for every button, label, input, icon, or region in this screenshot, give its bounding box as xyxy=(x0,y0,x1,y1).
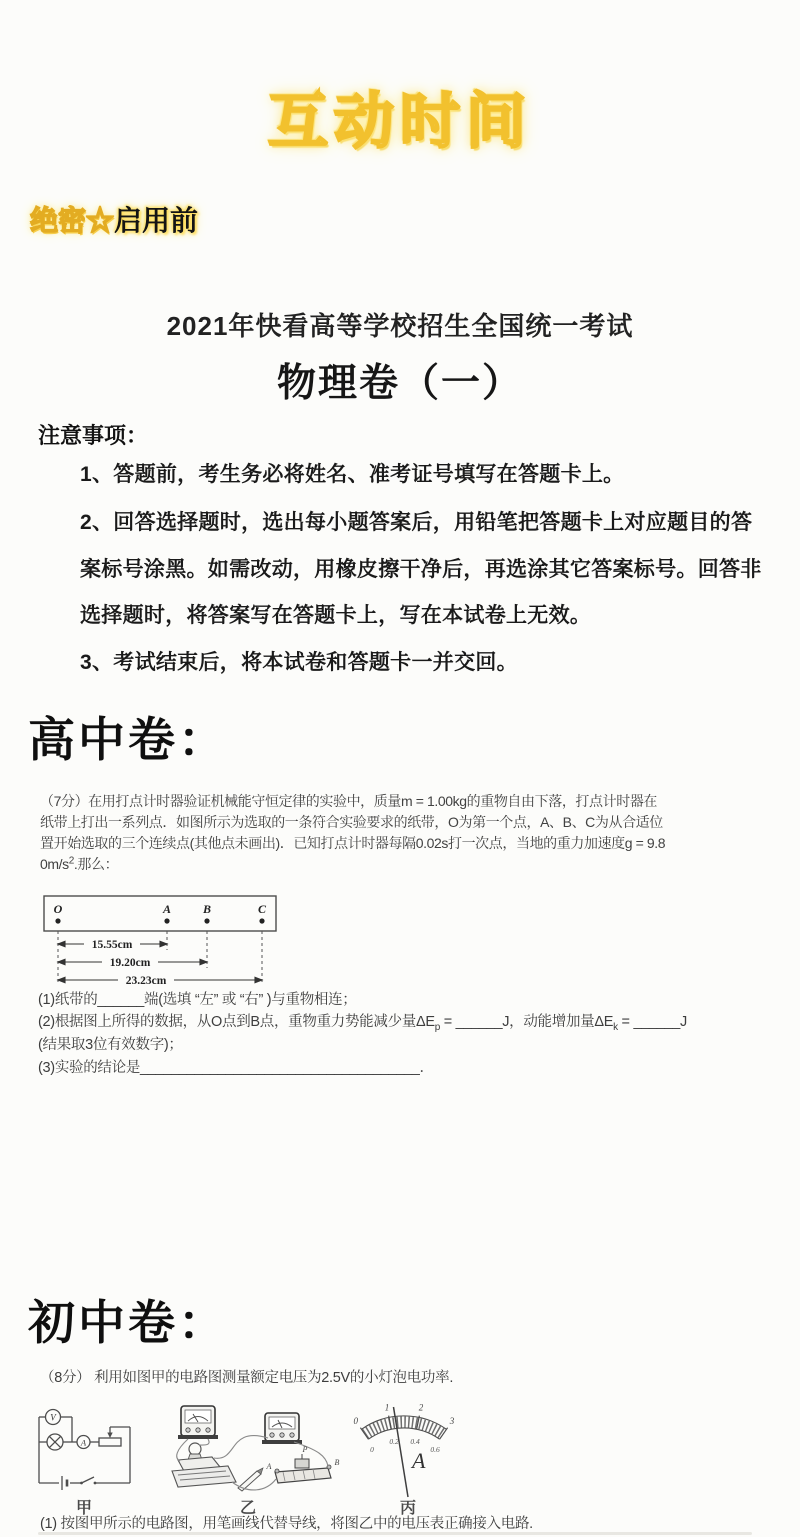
tape-point-labels: O A B C xyxy=(54,902,267,916)
lamp-symbol xyxy=(39,1434,63,1450)
dial-outer-3: 3 xyxy=(449,1416,455,1426)
equipment-battery-holder xyxy=(172,1466,236,1487)
tape-point-B: B xyxy=(202,902,211,916)
junior-question-1: (1) 按图甲所示的电路图，用笔画线代替导线，将图乙中的电压表正确接入电路. xyxy=(40,1512,760,1533)
q2-part2: = ______J，动能增加量ΔE xyxy=(440,1014,613,1030)
dial-outer-1: 1 xyxy=(385,1403,390,1413)
dial-unit-label: A xyxy=(410,1448,426,1473)
tape-outline xyxy=(44,896,276,931)
rheostat-terminal-b-label: B xyxy=(335,1458,340,1467)
rheostat-slider-label: P xyxy=(302,1445,308,1454)
before-use-label: 启用前 xyxy=(114,205,198,236)
secret-label: 绝密☆ xyxy=(30,205,114,236)
ticker-tape-figure: O A B C 15.55cm 19.20cm 23.23cm xyxy=(42,892,322,992)
junior-problem: （8分） 利用如图甲的电路图测量额定电压为2.5V的小灯泡电功率. xyxy=(40,1366,760,1387)
ammeter-dial-figure: 0 1 2 3 0 0.2 0.4 0.6 A xyxy=(342,1398,474,1498)
dial-inner-scale: 0 0.2 0.4 0.6 xyxy=(370,1437,440,1454)
dial-tick-band xyxy=(360,1416,447,1440)
problem-line4-rest: .那么： xyxy=(74,856,118,872)
tape-points xyxy=(55,918,264,923)
q2-part1: (2)根据图上所得的数据，从O点到B点，重物重力势能减少量ΔE xyxy=(38,1014,435,1030)
senior-question-1: (1)纸带的______端(选填 “左” 或 “右” )与重物相连； xyxy=(38,988,758,1009)
distance-label-OC: 23.23cm xyxy=(126,975,167,987)
notice-heading: 注意事项： xyxy=(38,419,148,450)
senior-question-2: (2)根据图上所得的数据，从O点到B点，重物重力势能减少量ΔEp = _____… xyxy=(38,1010,758,1033)
dial-inner-0: 0 xyxy=(370,1445,374,1454)
voltmeter-letter: V xyxy=(50,1413,57,1423)
senior-section-heading: 高中卷： xyxy=(28,703,228,770)
exam-title: 2021年快看高等学校招生全国统一考试 xyxy=(0,306,800,343)
notice-item-1: 1、答题前，考生务必将姓名、准考证号填写在答题卡上。 xyxy=(80,458,760,488)
dial-inner-02: 0.2 xyxy=(389,1437,399,1446)
dial-outer-scale: 0 1 2 3 xyxy=(354,1403,455,1427)
distance-label-OA: 15.55cm xyxy=(92,939,133,951)
switch-contact-dot xyxy=(94,1482,97,1485)
bottom-scan-artifact xyxy=(38,1532,752,1535)
q2-part3: = ______J xyxy=(618,1014,687,1030)
tape-point-A: A xyxy=(162,902,171,916)
equipment-meter-2 xyxy=(262,1413,302,1444)
dial-inner-04: 0.4 xyxy=(410,1437,420,1446)
equipment-rheostat xyxy=(275,1454,331,1483)
senior-problem-line-1: （7分）在用打点计时器验证机械能守恒定律的实验中，质量m = 1.00kg的重物… xyxy=(40,791,760,811)
tape-point-C: C xyxy=(258,902,267,916)
senior-question-3: (3)实验的结论是_______________________________… xyxy=(38,1056,758,1077)
equipment-meter-1 xyxy=(178,1406,218,1439)
notice-item-2-line-2: 案标号涂黑。如需改动，用橡皮擦干净后，再选涂其它答案标号。回答非 xyxy=(80,553,760,583)
dial-inner-06: 0.6 xyxy=(430,1445,440,1454)
paper-title: 物理卷（一） xyxy=(0,352,800,408)
senior-problem-line-2: 纸带上打出一系列点．如图所示为选取的一条符合实验要求的纸带，O为第一个点，A、B… xyxy=(40,812,760,832)
switch-pivot-dot xyxy=(80,1482,83,1485)
rheostat-symbol xyxy=(99,1427,130,1483)
problem-line4-base: 0m/s xyxy=(40,856,69,872)
kuaikan-logo-text: 互动时间 xyxy=(0,74,800,160)
dial-outer-0: 0 xyxy=(354,1416,359,1426)
secret-banner: 绝密☆启用前 xyxy=(30,199,198,239)
tape-point-O: O xyxy=(54,902,63,916)
distance-label-OB: 19.20cm xyxy=(110,957,151,969)
notice-item-2-line-1: 2、回答选择题时，选出每小题答案后，用铅笔把答题卡上对应题目的答 xyxy=(80,506,760,536)
senior-question-2-note: (结果取3位有效数字)； xyxy=(38,1033,758,1054)
battery-symbol xyxy=(39,1476,81,1490)
scanned-exam-page: 互动时间 绝密☆启用前 2021年快看高等学校招生全国统一考试 物理卷（一） 注… xyxy=(0,0,800,1537)
senior-problem-line-4: 0m/s2.那么： xyxy=(40,854,760,874)
notice-item-2-line-3: 选择题时，将答案写在答题卡上，写在本试卷上无效。 xyxy=(80,599,760,629)
junior-section-heading: 初中卷： xyxy=(28,1286,228,1353)
rheostat-terminal-a-label: A xyxy=(266,1462,272,1471)
senior-problem-line-3: 置开始选取的三个连续点(其他点未画出)．已知打点计时器每隔0.02s打一次点，当… xyxy=(40,833,760,853)
switch-symbol xyxy=(82,1477,131,1483)
ammeter-letter: A xyxy=(80,1438,87,1448)
dial-outer-2: 2 xyxy=(419,1403,424,1413)
notice-item-3: 3、考试结束后，将本试卷和答题卡一并交回。 xyxy=(80,646,760,676)
equipment-photo-figure: P A B xyxy=(168,1398,343,1498)
rheostat-slider-arrow xyxy=(107,1433,112,1439)
circuit-diagram-figure: V A xyxy=(25,1400,143,1496)
